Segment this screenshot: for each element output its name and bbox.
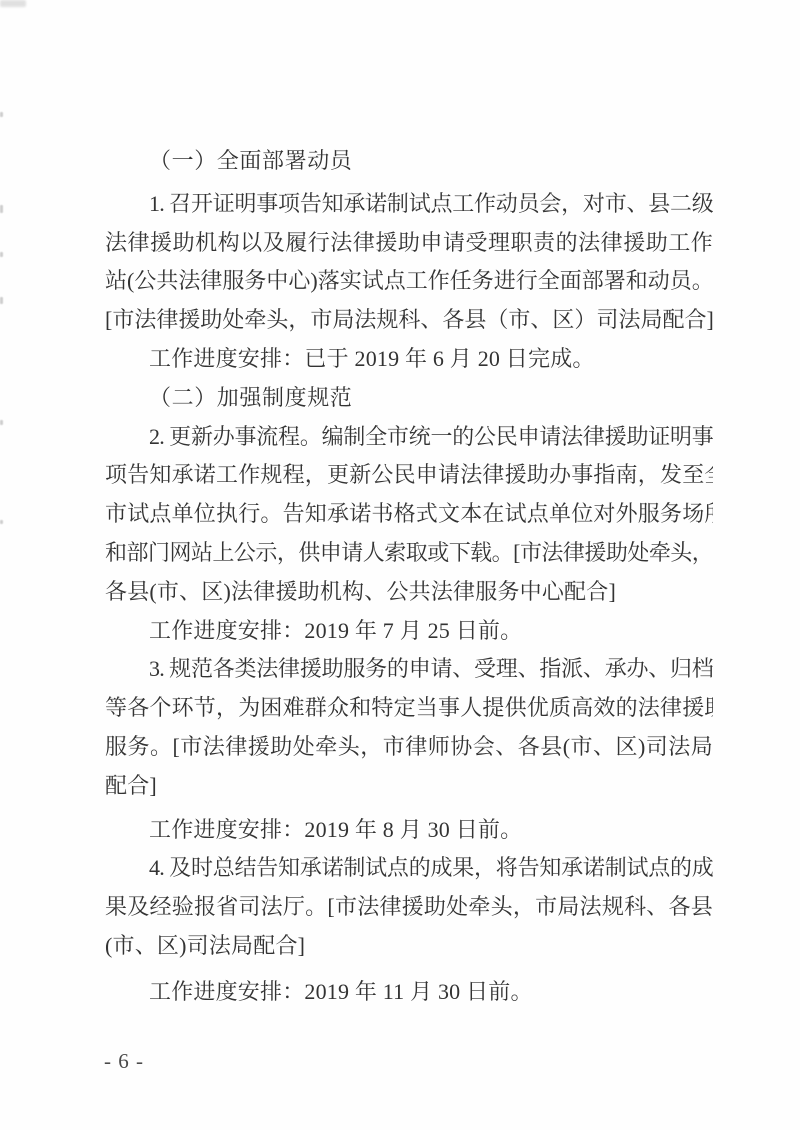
paragraph-line: 4. 及时总结告知承诺制试点的成果，将告知承诺制试点的成 [105, 849, 713, 888]
scanned-document-page: （一）全面部署动员 1. 召开证明事项告知承诺制试点工作动员会，对市、县二级 法… [0, 0, 800, 1130]
paragraph-line: 服务。[市法律援助处牵头，市律师协会、各县(市、区)司法局 [105, 728, 713, 767]
page-number: - 6 - [104, 1049, 144, 1074]
section-heading-2: （二）加强制度规范 [105, 379, 713, 418]
schedule-line: 工作进度安排：2019 年 8 月 30 日前。 [105, 811, 713, 850]
paragraph-line: 市试点单位执行。告知承诺书格式文本在试点单位对外服务场所 [105, 495, 713, 534]
scan-artifact [0, 252, 3, 257]
schedule-line: 工作进度安排：2019 年 11 月 30 日前。 [105, 973, 713, 1012]
paragraph-line: 2. 更新办事流程。编制全市统一的公民申请法律援助证明事 [105, 418, 713, 457]
paragraph-line: 项告知承诺工作规程，更新公民申请法律援助办事指南，发至全 [105, 456, 713, 495]
scan-artifact [0, 0, 26, 7]
schedule-line: 工作进度安排：2019 年 7 月 25 日前。 [105, 612, 713, 651]
paragraph-line: 和部门网站上公示，供申请人索取或下载。[市法律援助处牵头， [105, 534, 713, 573]
scan-artifact [0, 205, 3, 213]
paragraph-line: 果及经验报省司法厅。[市法律援助处牵头，市局法规科、各县 [105, 888, 713, 927]
paragraph-line: 等各个环节，为困难群众和特定当事人提供优质高效的法律援助 [105, 689, 713, 728]
paragraph-line: 各县(市、区)法律援助机构、公共法律服务中心配合] [105, 573, 713, 612]
paragraph-line: 配合] [105, 767, 713, 806]
scan-artifact [0, 520, 3, 524]
scan-artifact [0, 420, 3, 425]
paragraph-line: (市、区)司法局配合] [105, 927, 713, 966]
document-body: （一）全面部署动员 1. 召开证明事项告知承诺制试点工作动员会，对市、县二级 法… [105, 142, 713, 1012]
paragraph-line: 3. 规范各类法律援助服务的申请、受理、指派、承办、归档 [105, 650, 713, 689]
paragraph-line: 法律援助机构以及履行法律援助申请受理职责的法律援助工作 [105, 224, 713, 263]
scan-artifact [0, 112, 3, 117]
schedule-line: 工作进度安排：已于 2019 年 6 月 20 日完成。 [105, 340, 713, 379]
section-heading-1: （一）全面部署动员 [105, 142, 713, 181]
paragraph-line: [市法律援助处牵头，市局法规科、各县（市、区）司法局配合] [105, 301, 713, 340]
paragraph-line: 1. 召开证明事项告知承诺制试点工作动员会，对市、县二级 [105, 185, 713, 224]
scan-artifact [0, 297, 3, 304]
paragraph-line: 站(公共法律服务中心)落实试点工作任务进行全面部署和动员。 [105, 262, 713, 301]
